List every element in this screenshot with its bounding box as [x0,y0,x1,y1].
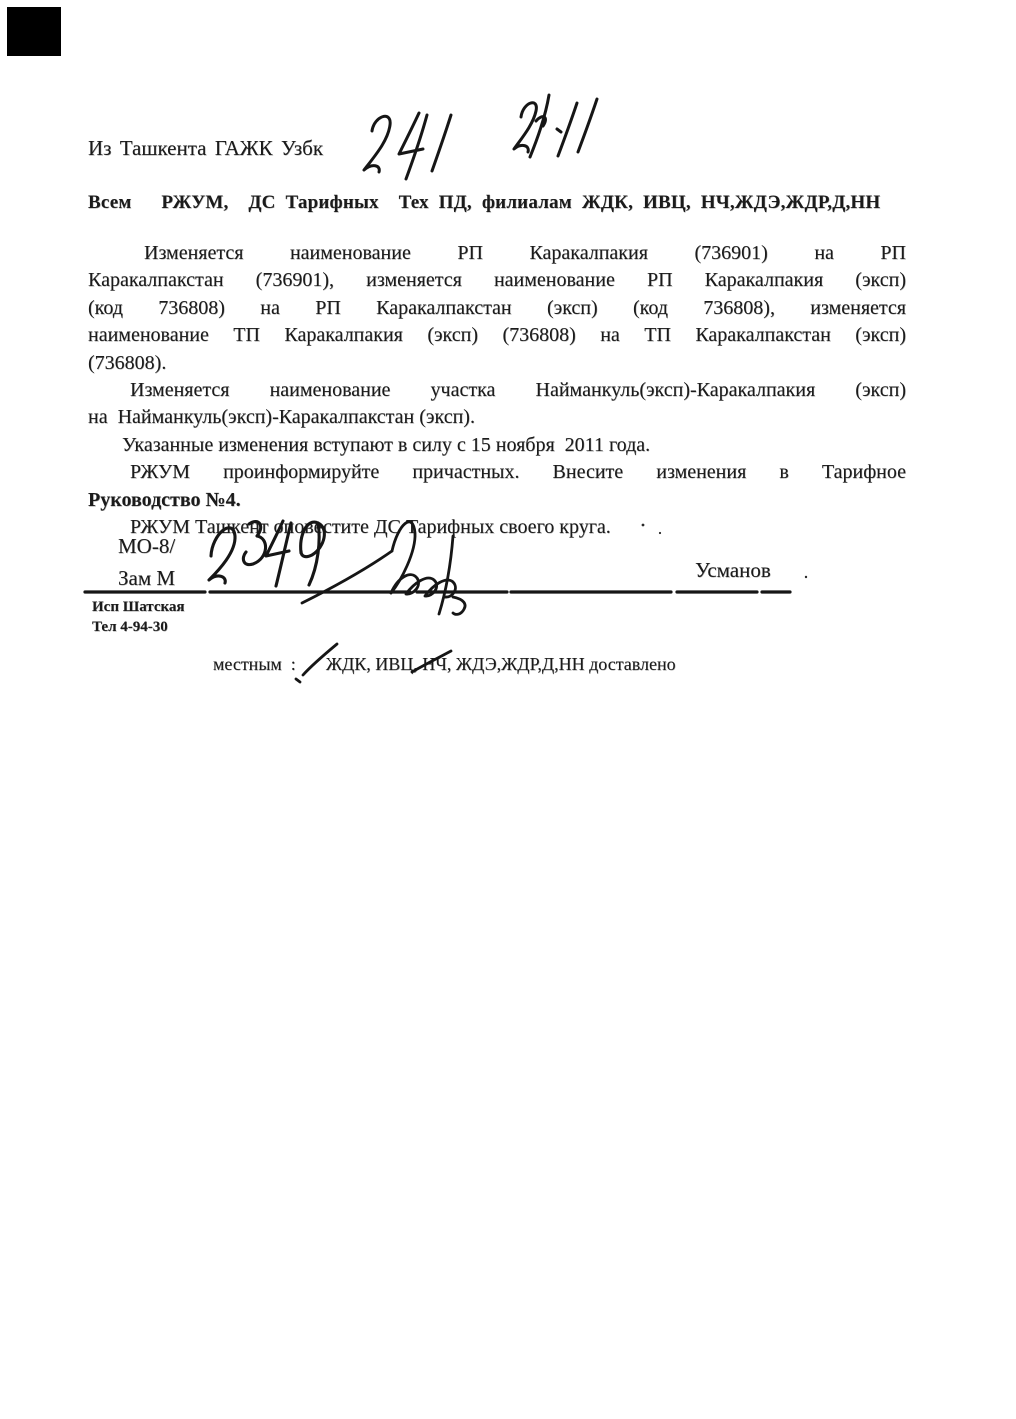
paragraph1-line5: (736808). [88,350,906,377]
delivery-label: местным : [213,654,296,674]
zam-line: Зам М [118,566,175,591]
mo-number-line: МО-8/ [118,534,175,559]
body-text: Изменяется наименование РП Каракалпакия … [88,240,906,541]
phone-line: Тел 4-94-30 [92,619,168,636]
signer-name: Усманов [695,558,771,583]
paragraph1-line2: Каракалпакстан (736901), изменяется наим… [88,267,906,294]
origin-line: Из Ташкента ГАЖК Узбк [88,136,323,161]
executor-line: Исп Шатская [92,599,185,616]
addressee-line: Всем РЖУМ, ДС Тарифных Тех ПД, филиалам … [88,192,880,214]
paragraph2-line1: Изменяется наименование участка Найманку… [88,377,906,404]
paragraph3-line: Указанные изменения вступают в силу с 15… [88,432,906,459]
delivery-list: ЖДК, ИВЦ, НЧ, ЖДЭ,ЖДР,Д,НН доставлено [326,654,676,674]
paragraph1-line1: Изменяется наименование РП Каракалпакия … [88,240,906,267]
scanned-telegram-page: Из Ташкента ГАЖК Узбк Всем РЖУМ, ДС Тари… [0,0,1016,1419]
paragraph1-line3: (код 736808) на РП Каракалпакстан (эксп)… [88,295,906,322]
paragraph1-line4: наименование ТП Каракалпакия (эксп) (736… [88,322,906,349]
paragraph4-line2: Руководство №4. [88,487,906,514]
paragraph4-line1: РЖУМ проинформируйте причастных. Внесите… [88,459,906,486]
paragraph5-line: РЖУМ Ташкент оповестите ДС Тарифных свое… [88,514,906,541]
scan-artifact-block [7,7,61,56]
paragraph2-line2: на Найманкуль(эксп)-Каракалпакстан (эксп… [88,404,906,431]
delivery-line: местным :ЖДК, ИВЦ, НЧ, ЖДЭ,ЖДР,Д,НН дост… [195,633,676,696]
handwritten-number-241-strokes [364,113,451,179]
handwritten-date-strokes [514,95,597,157]
